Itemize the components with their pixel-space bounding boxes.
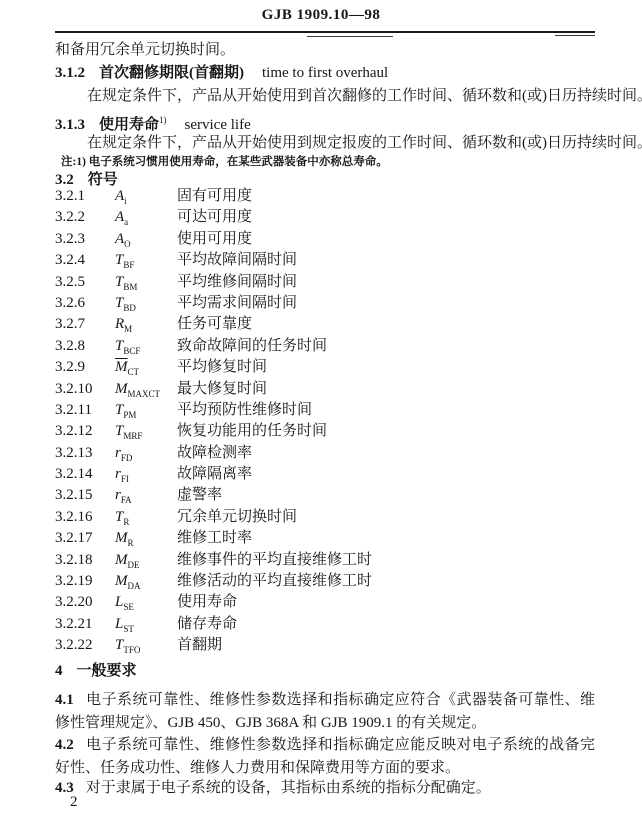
symbol-row: 3.2.12 TMRF 恢复功能用的任务时间 bbox=[55, 421, 595, 442]
symbol-subscript: MRF bbox=[123, 431, 142, 441]
symbol-item-number: 3.2.8 bbox=[55, 336, 115, 357]
section-number: 4 bbox=[55, 663, 63, 679]
clause-text: 电子系统可靠性、维修性参数选择和指标确定应能反映对电子系统的战备完好性、任务成功… bbox=[55, 737, 595, 776]
symbol-subscript: CT bbox=[128, 367, 140, 377]
term-3-1-2-definition: 在规定条件下，产品从开始使用到首次翻修的工作时间、循环数和(或)日历持续时间。 bbox=[55, 87, 627, 106]
symbol-item-number: 3.2.10 bbox=[55, 379, 115, 400]
symbol-description: 使用可用度 bbox=[177, 229, 595, 250]
symbol-description: 冗余单元切换时间 bbox=[177, 507, 595, 528]
symbol-letter: A bbox=[115, 209, 124, 225]
symbol-item-number: 3.2.22 bbox=[55, 635, 115, 656]
symbol-description: 虚警率 bbox=[177, 485, 595, 506]
symbol-letter: R bbox=[115, 316, 124, 332]
symbol-description: 故障检测率 bbox=[177, 443, 595, 464]
symbol-item-number: 3.2.17 bbox=[55, 528, 115, 549]
symbol-list: 3.2.1 Ai 固有可用度 3.2.2 Aa 可达可用度 3.2.3 AO 使… bbox=[55, 186, 595, 657]
clause-number: 4.2 bbox=[55, 737, 74, 753]
symbol-row: 3.2.9 MCT 平均修复时间 bbox=[55, 357, 595, 378]
symbol-letter: M bbox=[115, 530, 128, 546]
term-title-zh: 使用寿命 bbox=[99, 117, 159, 133]
clause-4-1: 4.1电子系统可靠性、维修性参数选择和指标确定应符合《武器装备可靠性、维修性管理… bbox=[55, 689, 595, 734]
symbol-row: 3.2.2 Aa 可达可用度 bbox=[55, 207, 595, 228]
symbol-description: 维修活动的平均直接维修工时 bbox=[177, 571, 595, 592]
symbol-subscript: i bbox=[124, 196, 127, 206]
clause-number: 4.1 bbox=[55, 692, 74, 708]
symbol-item-number: 3.2.12 bbox=[55, 421, 115, 442]
clause-text: 对于隶属于电子系统的设备，其指标由系统的指标分配确定。 bbox=[86, 780, 491, 796]
symbol-subscript: BM bbox=[123, 282, 137, 292]
symbol-description: 恢复功能用的任务时间 bbox=[177, 421, 595, 442]
symbol-description: 储存寿命 bbox=[177, 614, 595, 635]
symbol-item-number: 3.2.14 bbox=[55, 464, 115, 485]
symbol-subscript: FA bbox=[121, 495, 132, 505]
term-3-1-3-definition: 在规定条件下，产品从开始使用到规定报废的工作时间、循环数和(或)日历持续时间。 bbox=[55, 134, 627, 153]
symbol-item-number: 3.2.15 bbox=[55, 485, 115, 506]
symbol-notation: TTFO bbox=[115, 635, 177, 661]
symbol-letter: A bbox=[115, 231, 124, 247]
section-4-heading: 4一般要求 bbox=[55, 662, 595, 681]
symbol-subscript: BCF bbox=[123, 346, 140, 356]
term-title-en: service life bbox=[185, 117, 251, 133]
symbol-description: 平均修复时间 bbox=[177, 357, 595, 378]
symbol-item-number: 3.2.4 bbox=[55, 250, 115, 271]
scan-artifact-dash bbox=[555, 35, 595, 36]
symbol-row: 3.2.19 MDA 维修活动的平均直接维修工时 bbox=[55, 571, 595, 592]
section-title: 一般要求 bbox=[77, 663, 137, 679]
symbol-subscript: BF bbox=[123, 260, 134, 270]
symbol-item-number: 3.2.1 bbox=[55, 186, 115, 207]
symbol-item-number: 3.2.11 bbox=[55, 400, 115, 421]
symbol-row: 3.2.21 LST 储存寿命 bbox=[55, 614, 595, 635]
symbol-subscript: BD bbox=[123, 303, 136, 313]
symbol-description: 最大修复时间 bbox=[177, 379, 595, 400]
clause-4-2: 4.2电子系统可靠性、维修性参数选择和指标确定应能反映对电子系统的战备完好性、任… bbox=[55, 734, 595, 779]
symbol-description: 维修事件的平均直接维修工时 bbox=[177, 550, 595, 571]
symbol-item-number: 3.2.3 bbox=[55, 229, 115, 250]
symbol-letter: A bbox=[115, 188, 124, 204]
symbol-description: 首翻期 bbox=[177, 635, 595, 656]
term-title-en: time to first overhaul bbox=[262, 65, 388, 81]
symbol-subscript: DA bbox=[128, 581, 141, 591]
symbol-letter: M bbox=[115, 552, 128, 568]
symbol-letter: M bbox=[115, 359, 128, 375]
symbol-description: 固有可用度 bbox=[177, 186, 595, 207]
symbol-description: 可达可用度 bbox=[177, 207, 595, 228]
symbol-row: 3.2.22 TTFO 首翻期 bbox=[55, 635, 595, 656]
symbol-item-number: 3.2.19 bbox=[55, 571, 115, 592]
symbol-subscript: MAXCT bbox=[128, 389, 161, 399]
symbol-letter: M bbox=[115, 573, 128, 589]
symbol-subscript: DE bbox=[128, 560, 140, 570]
symbol-subscript: FD bbox=[121, 453, 133, 463]
symbol-row: 3.2.8 TBCF 致命故障间的任务时间 bbox=[55, 336, 595, 357]
symbol-description: 致命故障间的任务时间 bbox=[177, 336, 595, 357]
symbol-subscript: a bbox=[124, 217, 128, 227]
symbol-item-number: 3.2.6 bbox=[55, 293, 115, 314]
header-rule bbox=[55, 31, 595, 33]
symbol-item-number: 3.2.9 bbox=[55, 357, 115, 378]
symbol-letter: M bbox=[115, 381, 128, 397]
symbol-row: 3.2.5 TBM 平均维修间隔时间 bbox=[55, 272, 595, 293]
symbol-description: 平均需求间隔时间 bbox=[177, 293, 595, 314]
symbol-subscript: TFO bbox=[123, 645, 140, 655]
symbol-row: 3.2.3 AO 使用可用度 bbox=[55, 229, 595, 250]
symbol-item-number: 3.2.16 bbox=[55, 507, 115, 528]
symbol-row: 3.2.17 MR 维修工时率 bbox=[55, 528, 595, 549]
symbol-item-number: 3.2.2 bbox=[55, 207, 115, 228]
symbol-row: 3.2.11 TPM 平均预防性维修时间 bbox=[55, 400, 595, 421]
symbol-row: 3.2.10 MMAXCT 最大修复时间 bbox=[55, 379, 595, 400]
symbol-description: 平均维修间隔时间 bbox=[177, 272, 595, 293]
symbol-subscript: ST bbox=[123, 624, 134, 634]
symbol-description: 平均预防性维修时间 bbox=[177, 400, 595, 421]
term-3-1-2: 3.1.2首次翻修期限(首翻期)time to first overhaul bbox=[55, 64, 595, 83]
doc-number: GJB 1909.10—98 bbox=[0, 7, 642, 24]
clause-4-3: 4.3对于隶属于电子系统的设备，其指标由系统的指标分配确定。 bbox=[55, 777, 595, 800]
scan-artifact-dash bbox=[307, 36, 393, 37]
symbol-row: 3.2.14 rFI 故障隔离率 bbox=[55, 464, 595, 485]
symbol-row: 3.2.18 MDE 维修事件的平均直接维修工时 bbox=[55, 550, 595, 571]
symbol-item-number: 3.2.20 bbox=[55, 592, 115, 613]
symbol-row: 3.2.16 TR 冗余单元切换时间 bbox=[55, 507, 595, 528]
symbol-description: 平均故障间隔时间 bbox=[177, 250, 595, 271]
page-number: 2 bbox=[70, 794, 78, 811]
symbol-row: 3.2.6 TBD 平均需求间隔时间 bbox=[55, 293, 595, 314]
term-number: 3.1.2 bbox=[55, 65, 85, 81]
footnote: 注:1) 电子系统习惯用使用寿命，在某些武器装备中亦称总寿命。 bbox=[61, 155, 595, 170]
symbol-item-number: 3.2.13 bbox=[55, 443, 115, 464]
symbol-item-number: 3.2.18 bbox=[55, 550, 115, 571]
symbol-item-number: 3.2.7 bbox=[55, 314, 115, 335]
symbol-subscript: M bbox=[124, 324, 132, 334]
symbol-row: 3.2.20 LSE 使用寿命 bbox=[55, 592, 595, 613]
intro-line: 和备用冗余单元切换时间。 bbox=[55, 41, 595, 60]
symbol-row: 3.2.1 Ai 固有可用度 bbox=[55, 186, 595, 207]
symbol-subscript: FI bbox=[121, 474, 129, 484]
symbol-description: 故障隔离率 bbox=[177, 464, 595, 485]
symbol-item-number: 3.2.5 bbox=[55, 272, 115, 293]
term-title-zh: 首次翻修期限(首翻期) bbox=[99, 65, 244, 81]
symbol-subscript: R bbox=[128, 538, 134, 548]
symbol-description: 任务可靠度 bbox=[177, 314, 595, 335]
symbol-item-number: 3.2.21 bbox=[55, 614, 115, 635]
symbol-row: 3.2.7 RM 任务可靠度 bbox=[55, 314, 595, 335]
symbol-row: 3.2.15 rFA 虚警率 bbox=[55, 485, 595, 506]
term-3-1-3: 3.1.3使用寿命1)service life bbox=[55, 111, 595, 135]
symbol-description: 维修工时率 bbox=[177, 528, 595, 549]
symbol-row: 3.2.13 rFD 故障检测率 bbox=[55, 443, 595, 464]
term-number: 3.1.3 bbox=[55, 117, 85, 133]
symbol-subscript: PM bbox=[123, 410, 136, 420]
symbol-subscript: O bbox=[124, 239, 131, 249]
symbol-row: 3.2.4 TBF 平均故障间隔时间 bbox=[55, 250, 595, 271]
clause-text: 电子系统可靠性、维修性参数选择和指标确定应符合《武器装备可靠性、维修性管理规定》… bbox=[55, 692, 595, 731]
symbol-subscript: R bbox=[123, 517, 129, 527]
symbol-description: 使用寿命 bbox=[177, 592, 595, 613]
footnote-marker: 1) bbox=[159, 115, 167, 125]
document-page: GJB 1909.10—98 和备用冗余单元切换时间。 3.1.2首次翻修期限(… bbox=[0, 0, 642, 837]
symbol-subscript: SE bbox=[123, 602, 134, 612]
